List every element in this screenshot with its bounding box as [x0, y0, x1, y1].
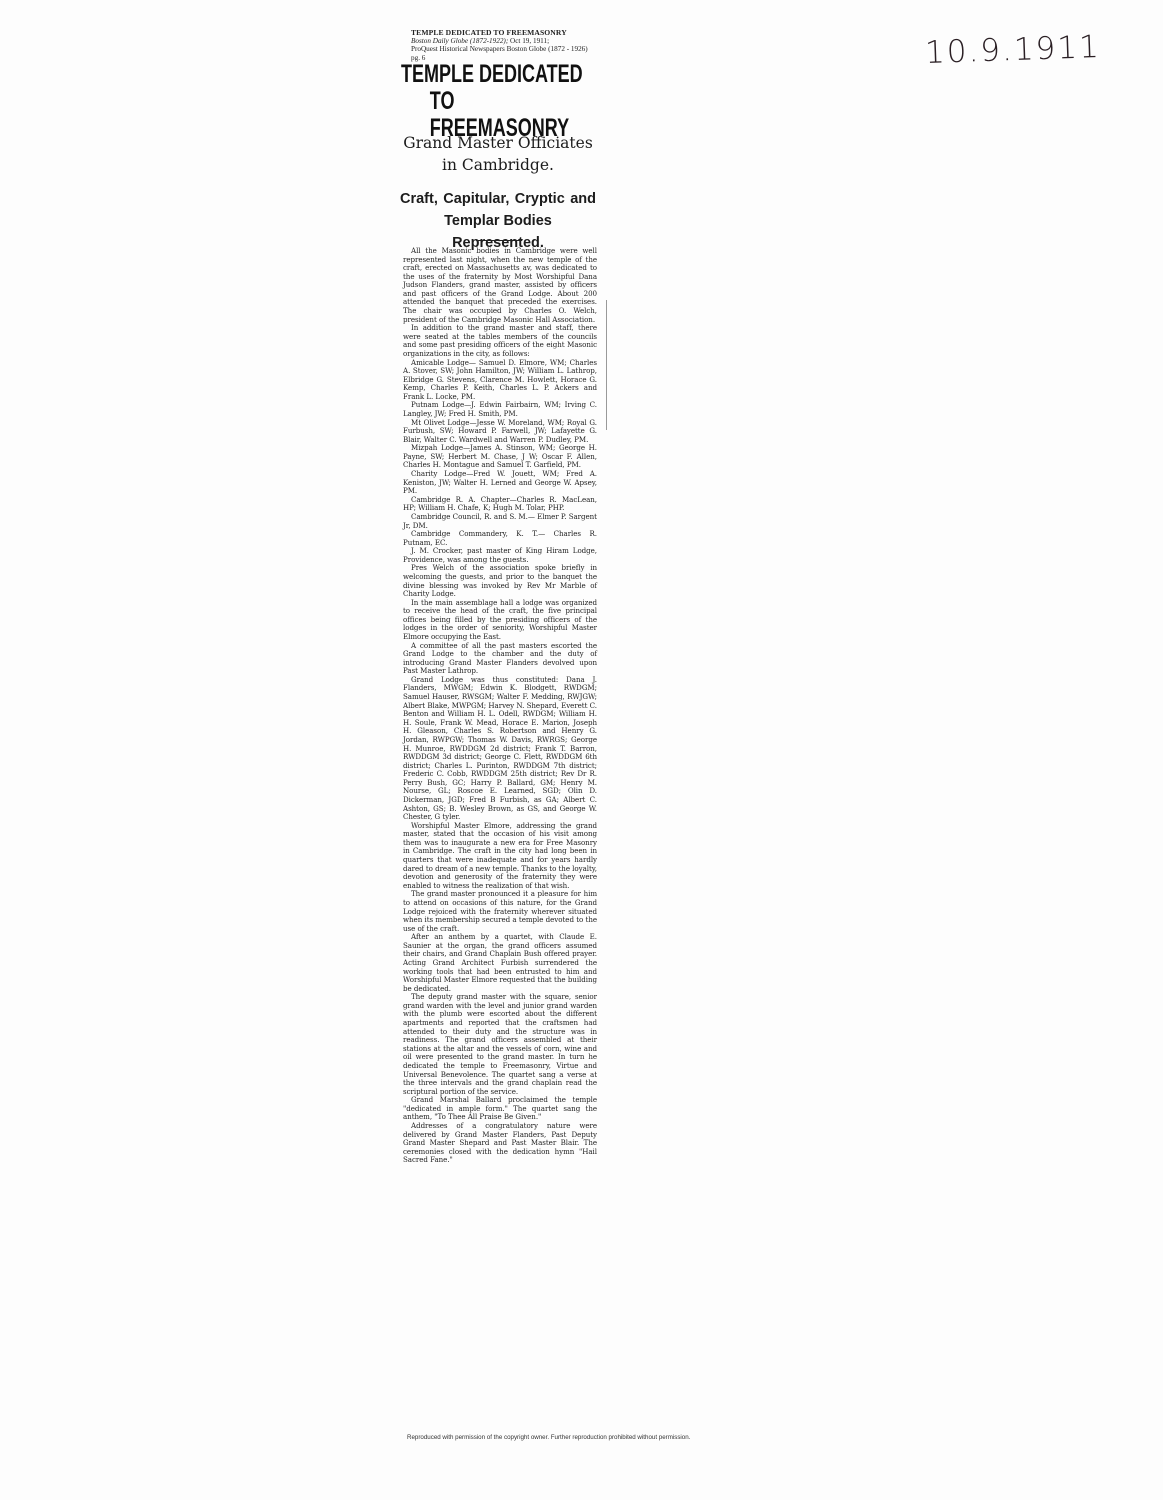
article-body: All the Masonic bodies in Cambridge were… [403, 247, 597, 1165]
subheadline-2-line-1: Craft, Capitular, Cryptic and [400, 188, 596, 210]
article-paragraph: J. M. Crocker, past master of King Hiram… [403, 547, 597, 564]
subhead-word: and [570, 188, 596, 210]
article-paragraph: Mizpah Lodge—James A. Stinson, WM; Georg… [403, 444, 597, 470]
article-paragraph: The grand master pronounced it a pleasur… [403, 890, 597, 933]
subhead-word: Cryptic [515, 188, 565, 210]
column-margin-mark [606, 300, 607, 430]
article-paragraph: Charity Lodge—Fred W. Jouett, WM; Fred A… [403, 470, 597, 496]
article-paragraph: Grand Lodge was thus constituted: Dana J… [403, 676, 597, 822]
article-paragraph: Pres Welch of the association spoke brie… [403, 564, 597, 598]
citation-date: Oct 19, 1911; [508, 37, 549, 45]
article-paragraph: After an anthem by a quartet, with Claud… [403, 933, 597, 993]
article-paragraph: In addition to the grand master and staf… [403, 324, 597, 358]
article-paragraph: Grand Marshal Ballard proclaimed the tem… [403, 1096, 597, 1122]
article-paragraph: In the main assemblage hall a lodge was … [403, 599, 597, 642]
subheadline-2: Craft, Capitular, Cryptic and Templar Bo… [400, 188, 596, 254]
subhead-word: Craft, [400, 188, 438, 210]
citation-title: TEMPLE DEDICATED TO FREEMASONRY [411, 29, 611, 37]
article-paragraph: Worshipful Master Elmore, addressing the… [403, 822, 597, 891]
handwritten-date: 10.9.1911 [924, 29, 1101, 71]
article-paragraph: All the Masonic bodies in Cambridge were… [403, 247, 597, 324]
citation-publication: Boston Daily Globe (1872-1922); [411, 37, 508, 45]
citation-database: ProQuest Historical Newspapers Boston Gl… [411, 45, 611, 53]
article-paragraph: Putnam Lodge—J. Edwin Fairbairn, WM; Irv… [403, 401, 597, 418]
citation-source: Boston Daily Globe (1872-1922); Oct 19, … [411, 37, 611, 45]
headline: TEMPLE DEDICATED TO FREEMASONRY [401, 61, 597, 142]
subheadline-1: Grand Master Officiates in Cambridge. [400, 132, 596, 176]
headline-line-1: TEMPLE DEDICATED [401, 61, 597, 88]
article-paragraph: Cambridge R. A. Chapter—Charles R. MacLe… [403, 496, 597, 513]
article-paragraph: Mt Olivet Lodge—Jesse W. Moreland, WM; R… [403, 419, 597, 445]
article-paragraph: Addresses of a congratulatory nature wer… [403, 1122, 597, 1165]
article-paragraph: Cambridge Commandery, K. T.— Charles R. … [403, 530, 597, 547]
copyright-footer: Reproduced with permission of the copyri… [407, 1434, 747, 1441]
article-paragraph: A committee of all the past masters esco… [403, 642, 597, 676]
subhead-word: Capitular, [443, 188, 509, 210]
divider-rule [476, 240, 522, 241]
citation-block: TEMPLE DEDICATED TO FREEMASONRY Boston D… [411, 29, 611, 62]
article-paragraph: The deputy grand master with the square,… [403, 993, 597, 1096]
article-paragraph: Cambridge Council, R. and S. M.— Elmer P… [403, 513, 597, 530]
article-paragraph: Amicable Lodge— Samuel D. Elmore, WM; Ch… [403, 359, 597, 402]
